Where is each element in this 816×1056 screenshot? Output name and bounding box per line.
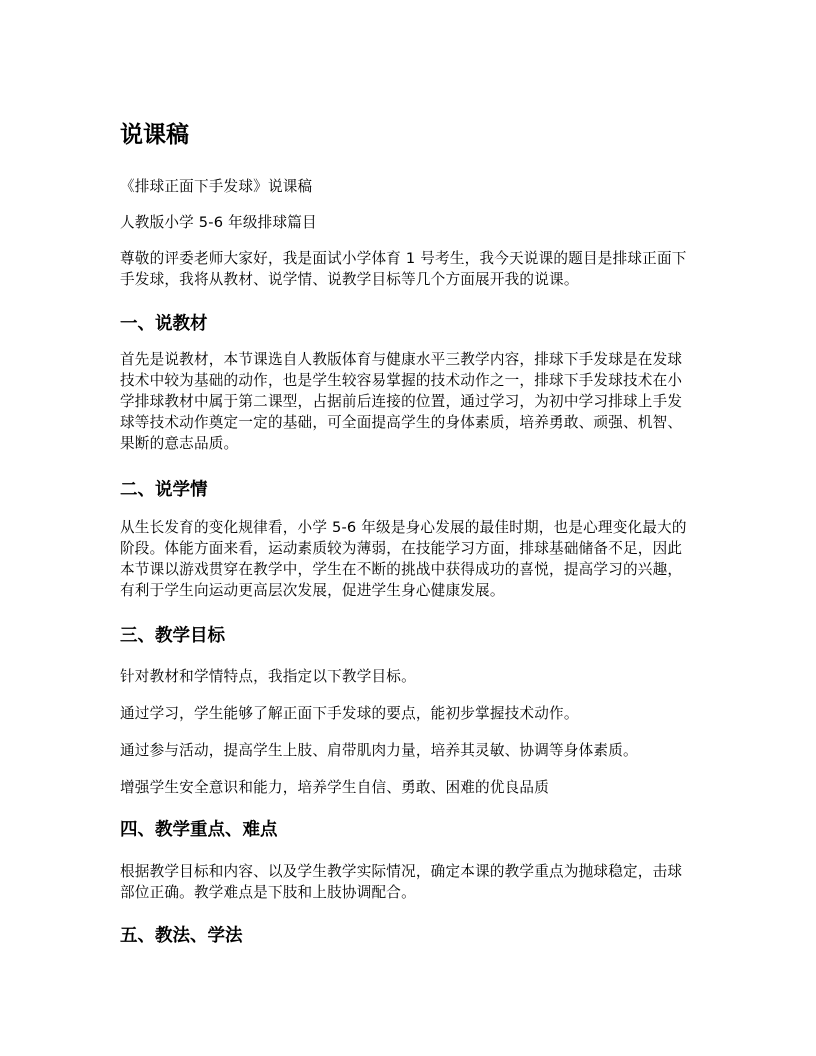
section-heading-textbook: 一、说教材 [120,312,208,336]
section-heading-teaching-goals: 三、教学目标 [120,624,225,648]
section-paragraph: 增强学生安全意识和能力，培养学生自信、勇敢、困难的优良品质 [120,777,692,798]
section-paragraph: 通过学习，学生能够了解正面下手发球的要点，能初步掌握技术动作。 [120,703,692,724]
section-paragraph: 通过参与活动，提高学生上肢、肩带肌肉力量，培养其灵敏、协调等身体素质。 [120,740,692,761]
section-paragraph: 首先是说教材，本节课选自人教版体育与健康水平三教学内容，排球下手发球是在发球技术… [120,349,692,454]
section-paragraph: 根据教学目标和内容、以及学生教学实际情况，确定本课的教学重点为抛球稳定，击球部位… [120,861,692,903]
document-subtitle: 《排球正面下手发球》说课稿 [120,176,692,197]
document-title: 说课稿 [120,120,189,150]
intro-paragraph: 尊敬的评委老师大家好，我是面试小学体育 1 号考生，我今天说课的题目是排球正面下… [120,248,692,290]
section-paragraph: 从生长发育的变化规律看，小学 5-6 年级是身心发展的最佳时期，也是心理变化最大… [120,517,692,601]
section-heading-methods: 五、教法、学法 [120,924,243,948]
edition-line: 人教版小学 5-6 年级排球篇目 [120,212,692,233]
section-heading-key-points: 四、教学重点、难点 [120,818,278,842]
section-heading-student-analysis: 二、说学情 [120,478,208,502]
section-paragraph: 针对教材和学情特点，我指定以下教学目标。 [120,666,692,687]
